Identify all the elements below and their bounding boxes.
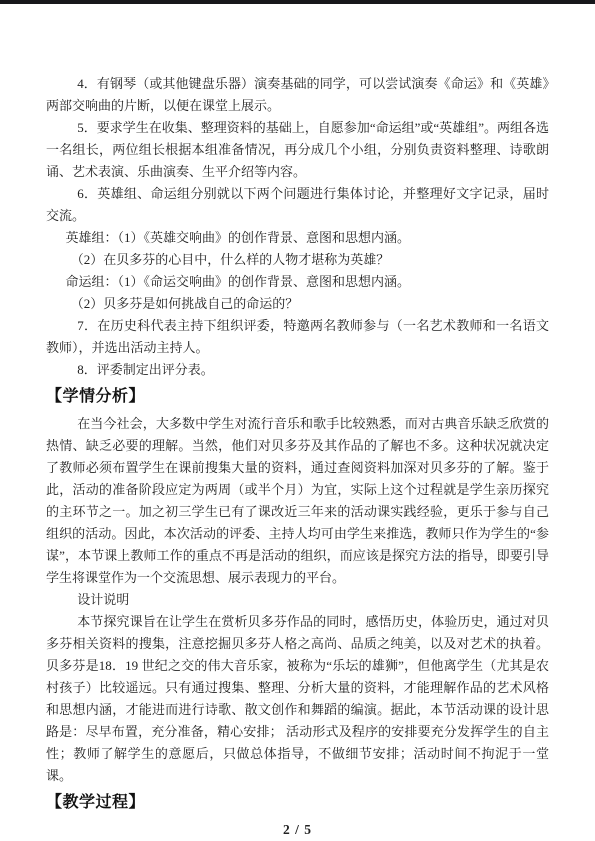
section-heading-teaching-process: 【教学过程】 bbox=[46, 791, 549, 815]
preparation-step-6: 6．英雄组、命运组分别就以下两个问题进行集体讨论，并整理好文字记录，届时交流。 bbox=[46, 183, 549, 227]
preparation-step-4: 4．有钢琴（或其他键盘乐器）演奏基础的同学，可以尝试演奏《命运》和《英雄》两部交… bbox=[46, 73, 549, 117]
section-heading-learning-analysis: 【学情分析】 bbox=[46, 385, 549, 409]
hero-group-question-1: 英雄组：（1）《英雄交响曲》的创作背景、意图和思想内涵。 bbox=[46, 227, 549, 249]
preparation-step-5: 5．要求学生在收集、整理资料的基础上，自愿参加“命运组”或“英雄组”。两组各选一… bbox=[46, 117, 549, 183]
design-note-label: 设计说明 bbox=[46, 589, 549, 611]
fate-group-question-1: 命运组：（1）《命运交响曲》的创作背景、意图和思想内涵。 bbox=[46, 271, 549, 293]
design-note-paragraph: 本节探究课旨在让学生在赏析贝多芬作品的同时，感悟历史，体验历史，通过对贝多芬相关… bbox=[46, 611, 549, 787]
document-page: 4．有钢琴（或其他键盘乐器）演奏基础的同学，可以尝试演奏《命运》和《英雄》两部交… bbox=[0, 4, 595, 841]
preparation-step-7: 7．在历史科代表主持下组织评委，特邀两名教师参与（一名艺术教师和一名语文教师），… bbox=[46, 315, 549, 359]
fate-group-question-2: （2）贝多芬是如何挑战自己的命运的？ bbox=[46, 293, 549, 315]
page-number: 2 / 5 bbox=[46, 819, 549, 841]
learning-analysis-paragraph: 在当今社会，大多数中学生对流行音乐和歌手比较熟悉，而对古典音乐缺乏欣赏的热情、缺… bbox=[46, 413, 549, 589]
hero-group-question-2: （2）在贝多芬的心目中，什么样的人物才堪称为英雄？ bbox=[46, 249, 549, 271]
preparation-step-8: 8．评委制定出评分表。 bbox=[46, 359, 549, 381]
